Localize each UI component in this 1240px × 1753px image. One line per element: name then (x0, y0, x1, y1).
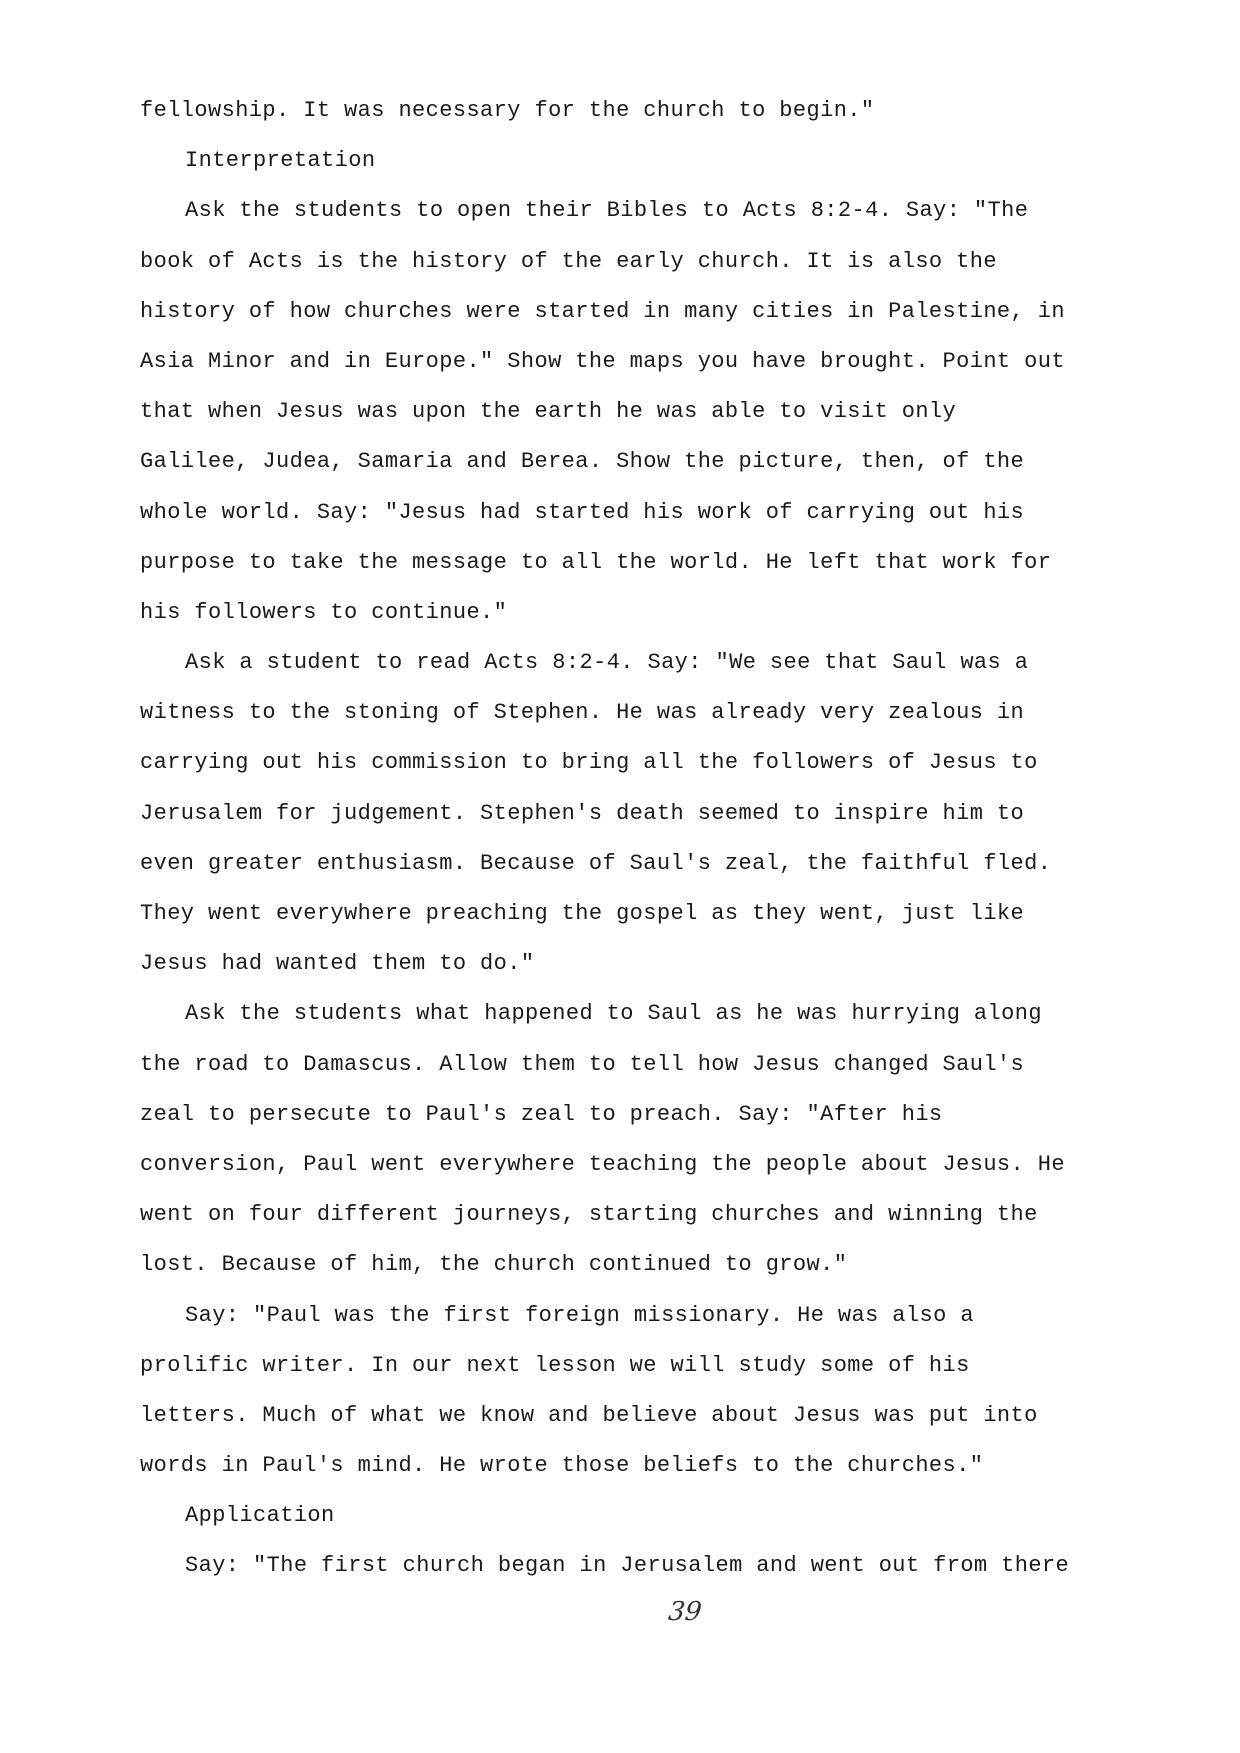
text-line: the road to Damascus. Allow them to tell… (140, 1040, 1170, 1090)
text-line: Ask a student to read Acts 8:2-4. Say: "… (140, 638, 1170, 688)
section-heading: Interpretation (140, 136, 1170, 186)
text-line: words in Paul's mind. He wrote those bel… (140, 1441, 1170, 1491)
text-line: They went everywhere preaching the gospe… (140, 889, 1170, 939)
text-line: Jesus had wanted them to do." (140, 939, 1170, 989)
text-line: Jerusalem for judgement. Stephen's death… (140, 789, 1170, 839)
text-line: history of how churches were started in … (140, 287, 1170, 337)
text-line: Asia Minor and in Europe." Show the maps… (140, 337, 1170, 387)
text-line: zeal to persecute to Paul's zeal to prea… (140, 1090, 1170, 1140)
text-line: purpose to take the message to all the w… (140, 538, 1170, 588)
text-line: went on four different journeys, startin… (140, 1190, 1170, 1240)
text-line: whole world. Say: "Jesus had started his… (140, 488, 1170, 538)
section-heading: Application (140, 1491, 1170, 1541)
text-line: Galilee, Judea, Samaria and Berea. Show … (140, 437, 1170, 487)
text-line: prolific writer. In our next lesson we w… (140, 1341, 1170, 1391)
text-line: book of Acts is the history of the early… (140, 237, 1170, 287)
text-line: letters. Much of what we know and believ… (140, 1391, 1170, 1441)
text-line: Say: "Paul was the first foreign mission… (140, 1291, 1170, 1341)
text-line: that when Jesus was upon the earth he wa… (140, 387, 1170, 437)
text-line: even greater enthusiasm. Because of Saul… (140, 839, 1170, 889)
text-line: carrying out his commission to bring all… (140, 738, 1170, 788)
page-number: 39 (653, 1597, 716, 1627)
text-line: Ask the students to open their Bibles to… (140, 186, 1170, 236)
text-line: lost. Because of him, the church continu… (140, 1240, 1170, 1290)
text-line: his followers to continue." (140, 588, 1170, 638)
text-line: witness to the stoning of Stephen. He wa… (140, 688, 1170, 738)
text-line: Say: "The first church began in Jerusale… (140, 1541, 1170, 1591)
document-page: fellowship. It was necessary for the chu… (140, 86, 1170, 1592)
text-line: Ask the students what happened to Saul a… (140, 989, 1170, 1039)
text-line: fellowship. It was necessary for the chu… (140, 86, 1170, 136)
text-line: conversion, Paul went everywhere teachin… (140, 1140, 1170, 1190)
